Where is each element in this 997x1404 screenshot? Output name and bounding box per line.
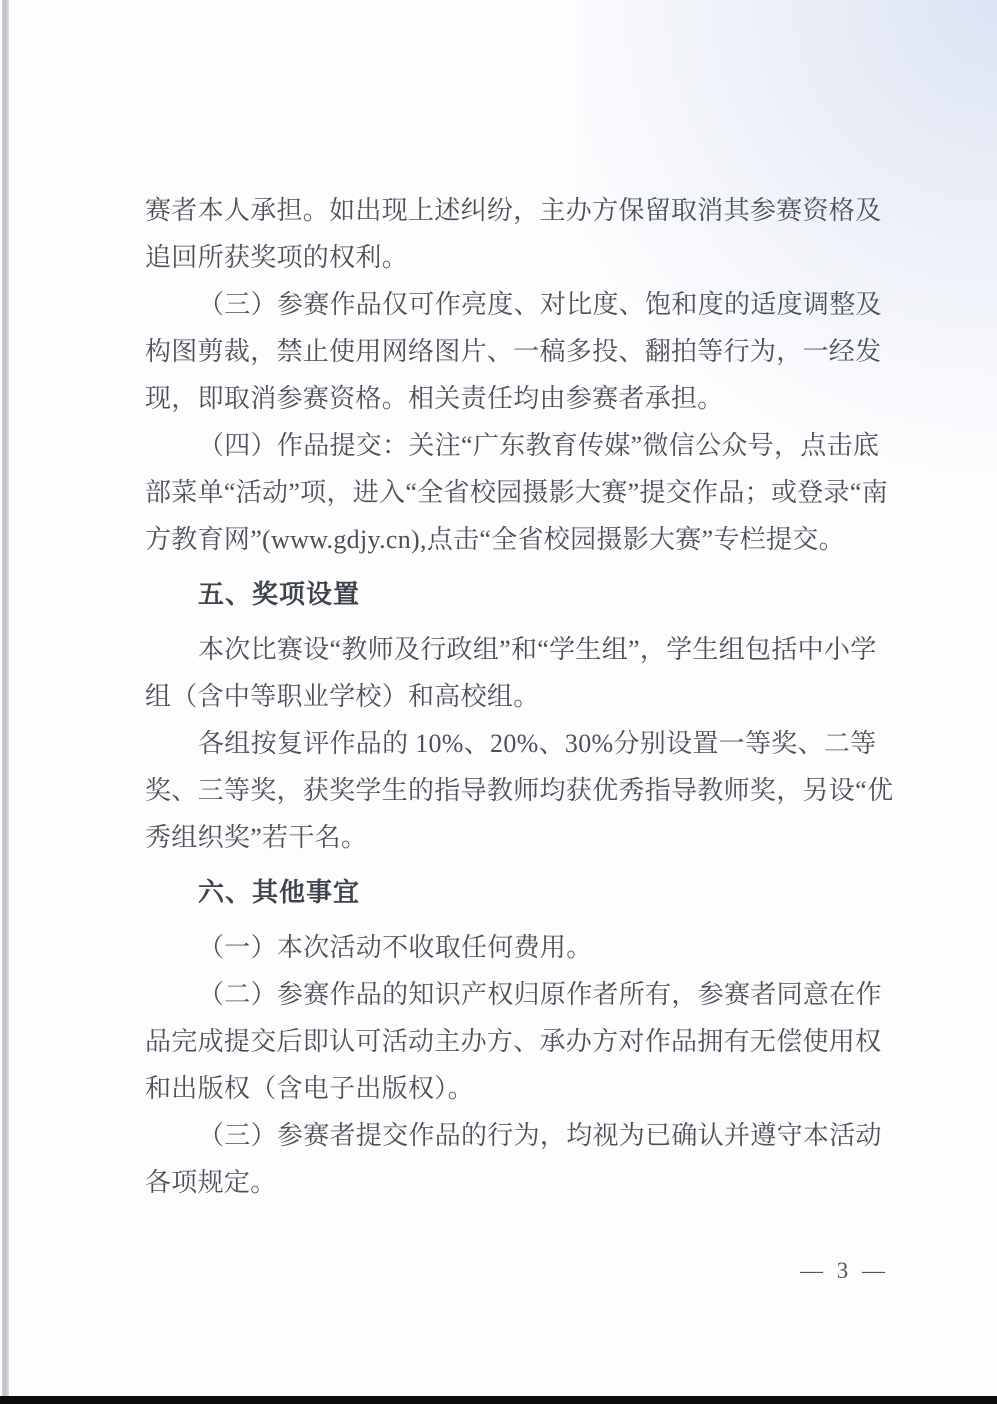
text-line: （四）作品提交：关注“广东教育传媒”微信公众号，点击底 [145, 422, 887, 469]
bottom-scan-bar [0, 1396, 997, 1404]
text-line: 部菜单“活动”项，进入“全省校园摄影大赛”提交作品；或登录“南 [145, 469, 887, 516]
page-number: — 3 — [800, 1254, 889, 1288]
text-line: 秀组织奖”若干名。 [145, 814, 887, 861]
text-line: 各项规定。 [145, 1159, 887, 1206]
text-line: 方教育网”(www.gdjy.cn),点击“全省校园摄影大赛”专栏提交。 [145, 516, 887, 563]
text-line: （一）本次活动不收取任何费用。 [145, 924, 887, 971]
text-line: 奖、三等奖，获奖学生的指导教师均获优秀指导教师奖，另设“优 [145, 767, 887, 814]
text-line: 构图剪裁，禁止使用网络图片、一稿多投、翻拍等行为，一经发 [145, 328, 887, 375]
text-line: 现，即取消参赛资格。相关责任均由参赛者承担。 [145, 375, 887, 422]
text-line: 和出版权（含电子出版权）。 [145, 1065, 887, 1112]
left-scan-edge-strip [2, 0, 9, 1404]
text-line: （二）参赛作品的知识产权归原作者所有，参赛者同意在作 [145, 971, 887, 1018]
text-line: 组（含中等职业学校）和高校组。 [145, 673, 887, 720]
section-heading-other: 六、其他事宜 [145, 869, 887, 916]
section-heading-awards: 五、奖项设置 [145, 571, 887, 618]
text-line: （三）参赛作品仅可作亮度、对比度、饱和度的适度调整及 [145, 281, 887, 328]
text-line: 赛者本人承担。如出现上述纠纷，主办方保留取消其参赛资格及 [145, 187, 887, 234]
text-line: 各组按复评作品的 10%、20%、30%分别设置一等奖、二等 [145, 720, 887, 767]
document-body: 赛者本人承担。如出现上述纠纷，主办方保留取消其参赛资格及 追回所获奖项的权利。 … [145, 187, 887, 1206]
text-line: 本次比赛设“教师及行政组”和“学生组”，学生组包括中小学 [145, 626, 887, 673]
text-line: 品完成提交后即认可活动主办方、承办方对作品拥有无偿使用权 [145, 1018, 887, 1065]
text-line: 追回所获奖项的权利。 [145, 234, 887, 281]
text-line: （三）参赛者提交作品的行为，均视为已确认并遵守本活动 [145, 1112, 887, 1159]
scanned-document-page: 赛者本人承担。如出现上述纠纷，主办方保留取消其参赛资格及 追回所获奖项的权利。 … [0, 0, 997, 1404]
